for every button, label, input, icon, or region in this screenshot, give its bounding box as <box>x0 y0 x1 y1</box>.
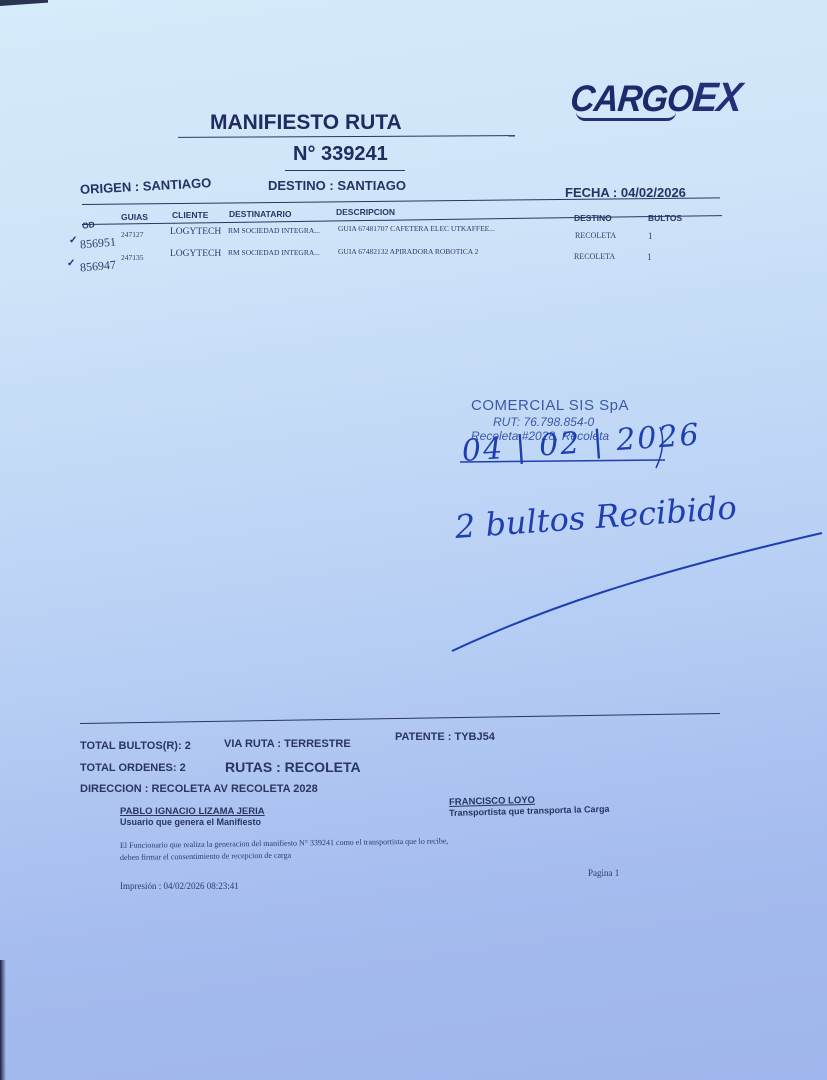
cell-od: 856947 <box>79 257 116 275</box>
cell-cliente: LOGYTECH <box>170 249 221 259</box>
notice-line-2: deben firmar el consentimiento de recepc… <box>120 851 291 862</box>
patente: PATENTE : TYBJ54 <box>395 731 495 743</box>
stamp-company: COMERCIAL SIS SpA <box>471 397 629 414</box>
total-ordenes: TOTAL ORDENES: 2 <box>80 762 186 774</box>
handwritten-note: 2 bultos Recibido <box>454 488 738 546</box>
col-header-od: OD <box>81 219 95 231</box>
number-divider <box>285 170 405 171</box>
cell-bultos: 1 <box>647 252 652 262</box>
print-timestamp: Impresión : 04/02/2026 08:23:41 <box>120 881 239 891</box>
page-number: Pagina 1 <box>588 868 619 878</box>
cell-destinatario: RM SOCIEDAD INTEGRA... <box>228 226 320 235</box>
cell-bultos: 1 <box>648 231 653 241</box>
document-title: MANIFIESTO RUTA <box>210 111 402 135</box>
cell-destino: RECOLETA <box>575 231 616 240</box>
generator-role: Usuario que genera el Manifiesto <box>120 817 261 827</box>
table-top-rule <box>82 197 720 205</box>
col-header-guias: GUIAS <box>121 212 148 222</box>
col-header-cliente: CLIENTE <box>172 210 208 220</box>
notice-line-1: El Funcionario que realiza la generacion… <box>120 836 449 850</box>
cell-destino: RECOLETA <box>574 252 615 261</box>
cell-od: 856951 <box>79 234 116 252</box>
cell-guias: 247135 <box>121 253 144 262</box>
manifest-number: N° 339241 <box>293 143 388 166</box>
cell-descripcion: GUIA 67481707 CAFETERA ELEC UTKAFFEE... <box>338 224 495 233</box>
logo-swoosh <box>576 112 676 121</box>
origen-field: ORIGEN : SANTIAGO <box>80 175 212 197</box>
cell-destinatario: RM SOCIEDAD INTEGRA... <box>228 248 320 257</box>
check-mark-icon: ✓ <box>69 235 77 246</box>
col-header-bultos: BULTOS <box>648 213 682 223</box>
cell-cliente: LOGYTECH <box>170 227 221 237</box>
footer-rule <box>80 713 720 724</box>
direccion: DIRECCION : RECOLETA AV RECOLETA 2028 <box>80 783 318 795</box>
via-ruta: VIA RUTA : TERRESTRE <box>224 738 351 750</box>
rutas: RUTAS : RECOLETA <box>225 759 361 775</box>
generator-name: PABLO IGNACIO LIZAMA JERIA <box>120 806 265 817</box>
destino-field: DESTINO : SANTIAGO <box>268 178 406 193</box>
col-header-destinatario: DESTINATARIO <box>229 209 292 219</box>
photo-corner-shadow <box>0 0 48 6</box>
cell-descripcion: GUIA 67482132 APIRADORA ROBOTICA 2 <box>338 247 478 256</box>
total-bultos: TOTAL BULTOS(R): 2 <box>80 740 191 752</box>
photo-edge-shadow <box>0 960 6 1080</box>
signature-stroke <box>0 0 827 1080</box>
title-divider <box>178 135 515 138</box>
cell-guias: 247127 <box>121 230 144 239</box>
logo-suffix-text: EX <box>691 74 744 120</box>
check-mark-icon: ✓ <box>67 258 75 269</box>
col-header-descripcion: DESCRIPCION <box>336 207 395 217</box>
